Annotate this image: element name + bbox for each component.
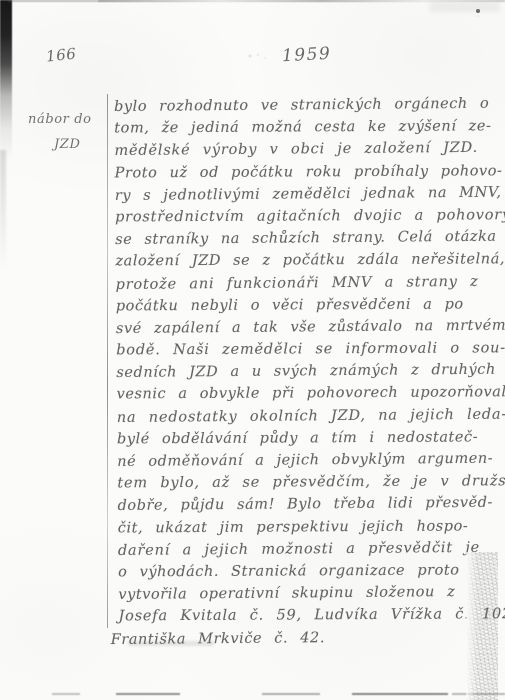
smudge-mark xyxy=(246,52,268,60)
handwritten-line: o výhodách. Stranická organizace proto xyxy=(118,562,490,586)
scan-line-bottom-segment xyxy=(116,693,180,695)
handwritten-line: Proto už od počátku roku probíhaly pohov… xyxy=(115,163,487,187)
handwritten-line: dobře, půjdu sám! Bylo třeba lidi přesvě… xyxy=(117,495,489,520)
handwritten-line: protože ani funkcionáři MNV a strany z xyxy=(116,273,488,298)
handwritten-line: počátku nebyli o věci přesvědčeni a po xyxy=(116,296,488,320)
handwritten-line: se straníky na schůzích strany. Celá otá… xyxy=(115,229,487,254)
margin-note-line2: JZD xyxy=(54,132,92,157)
handwritten-line: své zapálení a tak vše zůstávalo na mrtv… xyxy=(116,318,488,343)
scan-noise-top-right xyxy=(430,2,500,12)
handwritten-line: Josefa Kvitala č. 59, Ludvíka Vřížka č. … xyxy=(118,607,490,631)
year-heading: 1959 xyxy=(282,44,332,67)
handwritten-line: mědělské výroby v obci je založení JZD. xyxy=(114,140,486,165)
scan-noise-strip xyxy=(466,552,498,700)
scanned-page: 166 1959 nábor do JZD bylo rozhodnuto ve… xyxy=(0,0,505,700)
scan-line-bottom-segment xyxy=(262,693,320,695)
scan-line-bottom-segment xyxy=(352,693,448,695)
handwritten-line: založení JZD se z počátku zdála neřešite… xyxy=(115,252,487,276)
handwritten-line: daření a jejich možnosti a přesvědčit je xyxy=(118,539,490,564)
handwritten-line: bodě. Naši zemědělci se informovali o so… xyxy=(116,340,488,364)
handwritten-line: bylo rozhodnuto ve stranických orgánech … xyxy=(114,96,486,121)
handwritten-line: na nedostatky okolních JZD, na jejich le… xyxy=(117,406,489,431)
handwritten-line: sedních JZD a u svých známých z druhých xyxy=(116,362,488,387)
handwritten-line: tom, že jediná možná cesta ke zvýšení ze… xyxy=(114,119,486,143)
handwritten-line: tem bylo, až se přesvědčím, že je v druž… xyxy=(117,474,489,498)
scan-shadow-top-left xyxy=(8,0,98,2)
handwritten-line: prostřednictvím agitačních dvojic a poho… xyxy=(115,207,487,231)
handwritten-line: vesnic a obvykle při pohovorech upozorňo… xyxy=(117,385,489,409)
handwritten-line: čit, ukázat jim perspektivu jejich hospo… xyxy=(118,518,490,542)
handwritten-line: ry s jednotlivými zemědělci jednak na MN… xyxy=(115,185,487,210)
scan-shadow-left-fade xyxy=(0,150,6,270)
page-number: 166 xyxy=(45,44,77,65)
scan-line-bottom-segment xyxy=(52,693,80,695)
margin-note: nábor do JZD xyxy=(28,107,92,157)
handwritten-line: né odměňování a jejich obvyklým argumen- xyxy=(117,451,489,476)
scan-streak-bottom xyxy=(128,641,214,646)
margin-note-line1: nábor do xyxy=(28,107,92,132)
margin-rule-line xyxy=(107,94,108,628)
handwritten-line: bylé obdělávání půdy a tím i nedostateč- xyxy=(117,429,489,453)
handwritten-line: vytvořila operativní skupinu složenou z xyxy=(118,584,490,609)
scan-shadow-left-edge xyxy=(0,0,12,160)
ink-speck xyxy=(476,9,480,13)
handwritten-text-block: bylo rozhodnuto ve stranických orgánech … xyxy=(114,96,491,654)
